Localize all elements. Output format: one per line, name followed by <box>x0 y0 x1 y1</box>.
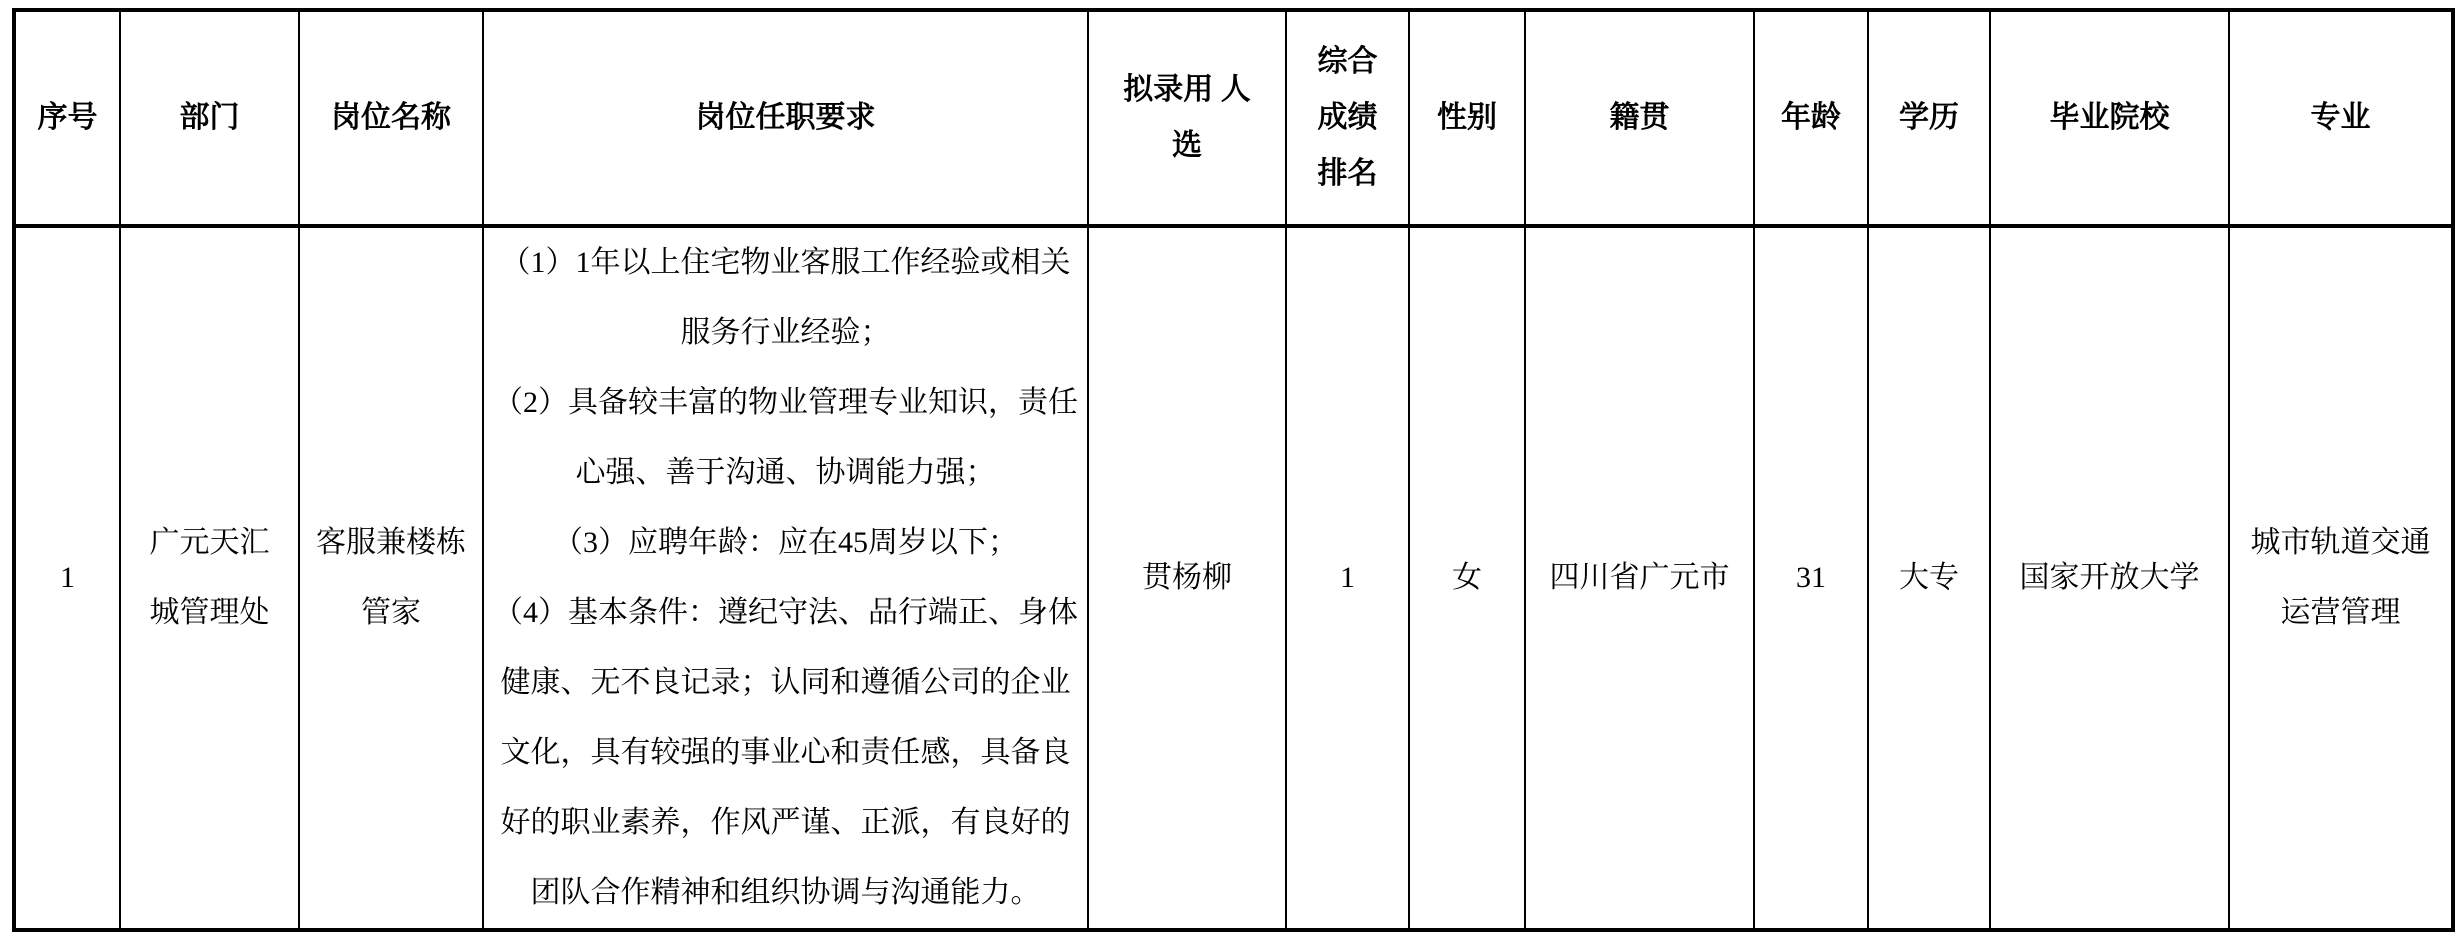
header-candidate: 拟录用 人 选 <box>1088 10 1286 226</box>
cell-major: 城市轨道交通 运营管理 <box>2229 226 2453 930</box>
cell-requirements: （1）1年以上住宅物业客服工作经验或相关 服务行业经验； （2）具备较丰富的物业… <box>483 226 1088 930</box>
cell-score-rank: 1 <box>1286 226 1409 930</box>
cell-department: 广元天汇 城管理处 <box>120 226 299 930</box>
table-row: 1 广元天汇 城管理处 客服兼楼栋 管家 （1）1年以上住宅物业客服工作经验或相… <box>14 226 2453 930</box>
cell-gender: 女 <box>1409 226 1525 930</box>
header-education: 学历 <box>1868 10 1990 226</box>
header-no: 序号 <box>14 10 120 226</box>
header-school: 毕业院校 <box>1990 10 2229 226</box>
header-requirements: 岗位任职要求 <box>483 10 1088 226</box>
cell-no: 1 <box>14 226 120 930</box>
header-position: 岗位名称 <box>299 10 483 226</box>
recruitment-table: 序号 部门 岗位名称 岗位任职要求 拟录用 人 选 综合 成绩 排名 性别 籍贯… <box>12 8 2455 932</box>
header-gender: 性别 <box>1409 10 1525 226</box>
header-native-place: 籍贯 <box>1525 10 1754 226</box>
cell-education: 大专 <box>1868 226 1990 930</box>
header-score-rank: 综合 成绩 排名 <box>1286 10 1409 226</box>
table-header-row: 序号 部门 岗位名称 岗位任职要求 拟录用 人 选 综合 成绩 排名 性别 籍贯… <box>14 10 2453 226</box>
cell-position: 客服兼楼栋 管家 <box>299 226 483 930</box>
cell-age: 31 <box>1754 226 1868 930</box>
cell-native-place: 四川省广元市 <box>1525 226 1754 930</box>
cell-candidate: 贯杨柳 <box>1088 226 1286 930</box>
header-age: 年龄 <box>1754 10 1868 226</box>
cell-school: 国家开放大学 <box>1990 226 2229 930</box>
header-major: 专业 <box>2229 10 2453 226</box>
header-department: 部门 <box>120 10 299 226</box>
